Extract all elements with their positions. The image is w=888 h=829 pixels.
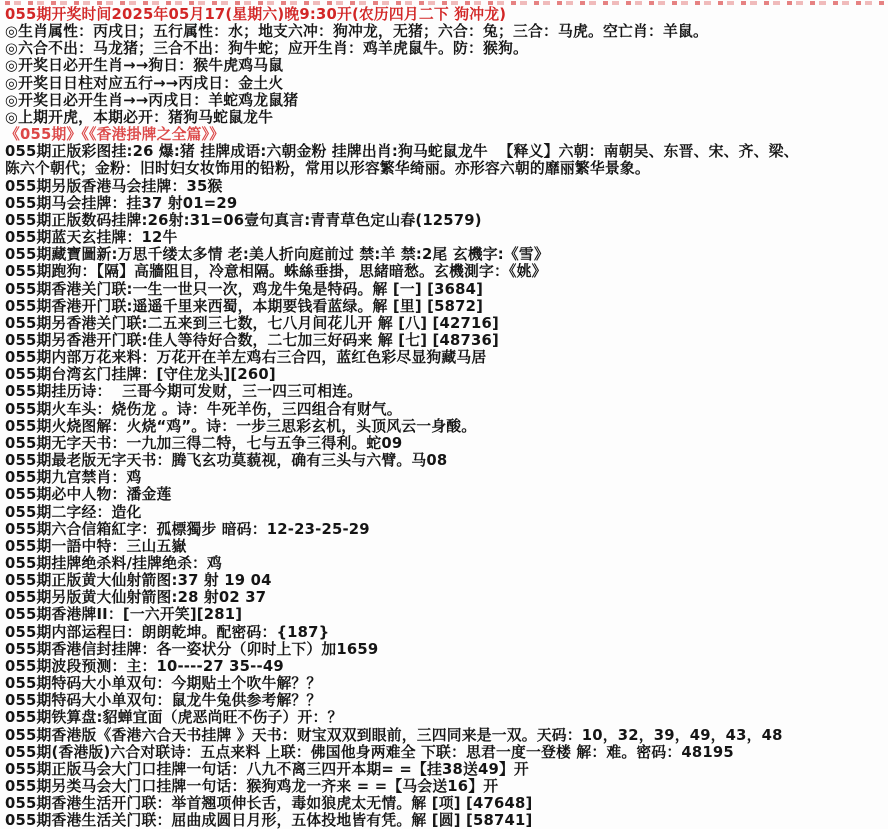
entry-line: 055期内部运程曰：朗朗乾坤。配密码：{187}: [5, 624, 886, 641]
zodiac-line: ◎开奖日必开生肖→→狗日：猴牛虎鸡马鼠: [5, 57, 886, 74]
draw-time-line: 055期开奖时间2025年05月17(星期六)晚9:30开(农历四月二下 狗冲龙…: [5, 6, 886, 23]
entry-line: 055期另香港开门联:佳人等待好合数，二七加三好码来 解 [七] [48736]: [5, 332, 886, 349]
entry-line: 陈六个朝代；金粉：旧时妇女妆饰用的铅粉，常用以形容繁华绮丽。亦形容六朝的靡丽繁华…: [5, 160, 886, 177]
entry-line: 055期必中人物：潘金莲: [5, 486, 886, 503]
entry-line: 055期藏寶圖新:万思千缕太多情 老:美人折向庭前过 禁:羊 禁:2尾 玄機字:…: [5, 246, 886, 263]
zodiac-line: ◎生肖属性：丙戌日；五行属性：水；地支六冲：狗冲龙，无猪；六合：兔；三合：马虎。…: [5, 23, 886, 40]
lottery-tips-page: 055期开奖时间2025年05月17(星期六)晚9:30开(农历四月二下 狗冲龙…: [0, 0, 888, 829]
entry-line: 055期香港生活关门联：屈曲成圆日月形，五体投地皆有凭。解 [圆] [58741…: [5, 812, 886, 829]
entry-line: 055期一語中特：三山五嶽: [5, 538, 886, 555]
entry-line: 055期挂牌绝杀料/挂牌绝杀：鸡: [5, 555, 886, 572]
entry-line: 055期正版黄大仙射箭图:37 射 19 04: [5, 572, 886, 589]
entry-line: 055期正版数码挂牌:26射:31=06壹句真言:青青草色定山春(12579): [5, 212, 886, 229]
entry-line: 055期二字经：造化: [5, 504, 886, 521]
entry-line: 055期香港关门联:一生一世只一次，鸡龙牛兔是特码。解 [一] [3684]: [5, 281, 886, 298]
entry-line: 055期香港信封挂牌：各一姿状分（卯时上下）加1659: [5, 641, 886, 658]
zodiac-line: ◎开奖日必开生肖→→丙戌日：羊蛇鸡龙鼠猪: [5, 92, 886, 109]
entry-line: 055期内部万花来料：万花开在羊左鸡右三合四，蓝红色彩尽显狗藏马居: [5, 349, 886, 366]
entry-line: 055期铁算盘:貂蝉宜面（虎恶尚旺不伤子）开：？: [5, 709, 886, 726]
entry-line: 055期最老版无字天书：腾飞玄功莫藐视，确有三头与六臂。马08: [5, 452, 886, 469]
section-title: 《055期》《《香港掛牌之全篇》》: [5, 126, 886, 143]
entry-line: 055期另香港关门联:二五来到三七数，七八月间花儿开 解 [八] [42716]: [5, 315, 886, 332]
entry-line: 055期另版黄大仙射箭图:28 射02 37: [5, 589, 886, 606]
entry-line: 055期无字天书：一九加三得二特，七与五争三得利。蛇09: [5, 435, 886, 452]
entry-line: 055期火车头：烧伤龙 。诗：牛死羊伤，三四组合有财气。: [5, 401, 886, 418]
entry-line: 055期九宫禁肖：鸡: [5, 469, 886, 486]
entry-line: 055期香港牌II：[一六开笑][281]: [5, 606, 886, 623]
entry-line: 055期台湾玄门挂牌：[守住龙头][260]: [5, 366, 886, 383]
entry-line: 055期香港生活开门联：举首翘项伸长舌，毒如狼虎太无情。解 [项] [47648…: [5, 795, 886, 812]
entry-line: 055期特码大小单双句：今期贴土个吹牛解？？: [5, 675, 886, 692]
entry-line: 055期马会挂牌：挂37 射01=29: [5, 195, 886, 212]
entry-line: 055期跑狗：【隔】高牆阻目，冷意相隔。蛛絲垂掛，思緒暗愁。玄機測字：《姚》: [5, 263, 886, 280]
entry-line: 055期香港版《香港六合天书挂牌 》天书：财宝双双到眼前，三四同来是一双。天码：…: [5, 727, 886, 744]
entry-line: 055期特码大小单双句：鼠龙牛兔供参考解？？: [5, 692, 886, 709]
entry-line: 055期六合信箱紅字：孤標獨步 暗码：12-23-25-29: [5, 521, 886, 538]
entry-line: 055期波段预测：主：10----27 35--49: [5, 658, 886, 675]
entry-line: 055期蓝天玄挂牌：12牛: [5, 229, 886, 246]
entry-line: 055期挂历诗： 三哥今期可发财，三一四三可相连。: [5, 383, 886, 400]
zodiac-line: ◎六合不出：马龙猪；三合不出：狗牛蛇；应开生肖：鸡羊虎鼠牛。防：猴狗。: [5, 40, 886, 57]
zodiac-line: ◎上期开虎，本期必开：猪狗马蛇鼠龙牛: [5, 109, 886, 126]
zodiac-info-list: ◎生肖属性：丙戌日；五行属性：水；地支六冲：狗冲龙，无猪；六合：兔；三合：马虎。…: [5, 23, 886, 126]
entry-line: 055期火烧图解：火烧“鸡”。诗：一步三思彩玄机，头顶风云一身酸。: [5, 418, 886, 435]
zodiac-line: ◎开奖日日柱对应五行→→丙戌日：金土火: [5, 75, 886, 92]
entry-line: 055期另版香港马会挂牌：35猴: [5, 178, 886, 195]
clipped-text-strip: [5, 1, 886, 5]
entry-line: 055期香港开门联:遥遥千里来西蜀，本期要钱看蓝绿。解 [里] [5872]: [5, 298, 886, 315]
entries-list: 055期正版彩图挂:26 爆:猪 挂牌成语:六朝金粉 挂牌出肖:狗马蛇鼠龙牛 【…: [5, 143, 886, 829]
entry-line: 055期正版马会大门口挂牌一句话：八九不离三四开本期= =【挂38送49】开: [5, 761, 886, 778]
entry-line: 055期另类马会大门口挂牌一句话：猴狗鸡龙一齐来 = =【马会送16】开: [5, 778, 886, 795]
entry-line: 055期(香港版)六合对联诗：五点来料 上联：佛国他身两难全 下联：思君一度一登…: [5, 744, 886, 761]
entry-line: 055期正版彩图挂:26 爆:猪 挂牌成语:六朝金粉 挂牌出肖:狗马蛇鼠龙牛 【…: [5, 143, 886, 160]
